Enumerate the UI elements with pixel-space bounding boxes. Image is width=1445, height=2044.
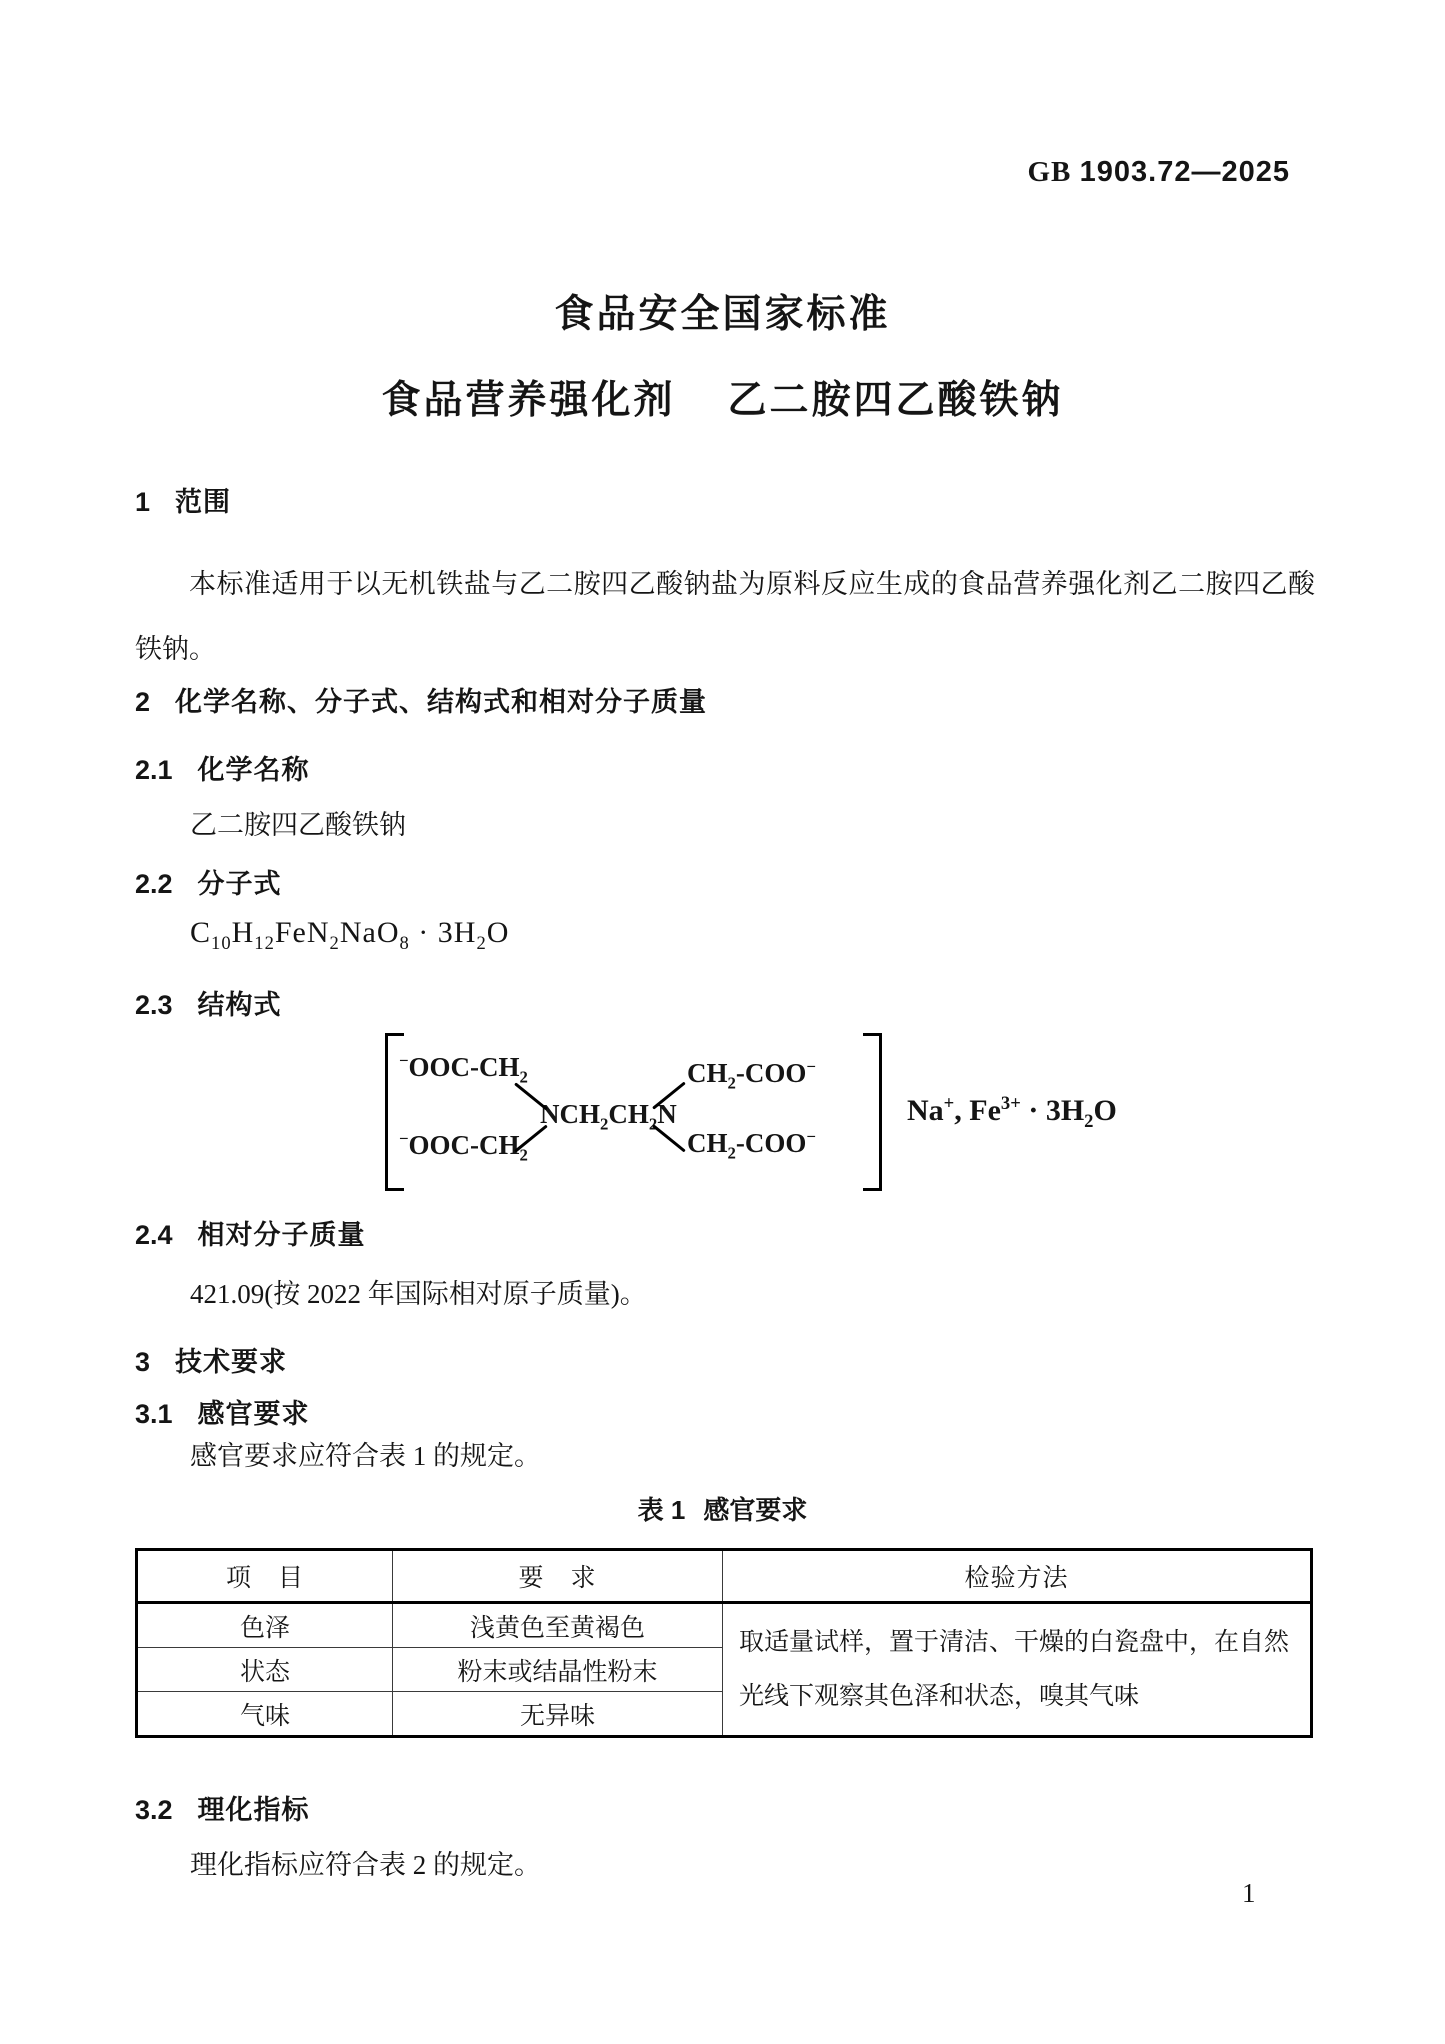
table-header-method: 检验方法	[723, 1550, 1312, 1603]
standard-title-line2-part1: 食品营养强化剂	[381, 369, 675, 425]
bond-line-top-left	[514, 1082, 548, 1110]
page-number: 1	[1242, 1878, 1256, 1909]
section-2-title: 化学名称、分子式、结构式和相对分子质量	[175, 687, 707, 717]
section-2-4-number: 2.4	[135, 1220, 173, 1251]
section-3-1-title: 感官要求	[198, 1399, 310, 1429]
standard-title-line2-part2: 乙二胺四乙酸铁钠	[728, 369, 1064, 425]
doc-number-value: 1903.72—2025	[1080, 156, 1290, 188]
table-row: 色泽 浅黄色至黄褐色 取适量试样，置于清洁、干燥的白瓷盘中，在自然光线下观察其色…	[137, 1603, 1312, 1648]
doc-number-prefix: GB	[1028, 156, 1072, 188]
table-cell-requirement: 浅黄色至黄褐色	[393, 1603, 723, 1648]
structure-fragment-bottom-right: CH2-COO−	[687, 1127, 816, 1163]
section-3-2-heading: 3.2理化指标	[135, 1788, 310, 1827]
chemical-name: 乙二胺四乙酸铁钠	[190, 803, 406, 842]
doc-number: GB 1903.72—2025	[1028, 156, 1291, 189]
section-2-2-heading: 2.2分子式	[135, 862, 282, 901]
section-2-3-heading: 2.3结构式	[135, 983, 282, 1022]
section-1-paragraph: 本标准适用于以无机铁盐与乙二胺四乙酸钠盐为原料反应生成的食品营养强化剂乙二胺四乙…	[135, 552, 1315, 682]
section-2-4-heading: 2.4相对分子质量	[135, 1213, 366, 1252]
sensory-requirement-note: 感官要求应符合表 1 的规定。	[190, 1434, 541, 1473]
section-2-heading: 2化学名称、分子式、结构式和相对分子质量	[135, 680, 707, 719]
section-3-2-number: 3.2	[135, 1795, 173, 1826]
table-cell-item: 气味	[137, 1692, 393, 1737]
table-header-item: 项 目	[137, 1550, 393, 1603]
section-2-3-number: 2.3	[135, 990, 173, 1021]
section-3-2-title: 理化指标	[198, 1795, 310, 1825]
section-2-1-number: 2.1	[135, 755, 173, 786]
section-2-2-number: 2.2	[135, 869, 173, 900]
section-2-3-title: 结构式	[198, 990, 282, 1020]
right-bracket	[863, 1033, 882, 1191]
table-cell-requirement: 粉末或结晶性粉末	[393, 1648, 723, 1692]
document-page: { "header": { "doc_prefix": "GB", "doc_n…	[0, 0, 1445, 2044]
table-cell-item: 色泽	[137, 1603, 393, 1648]
physicochemical-note: 理化指标应符合表 2 的规定。	[190, 1843, 541, 1882]
table-1-caption-label: 表 1	[638, 1495, 686, 1525]
section-3-number: 3	[135, 1347, 150, 1378]
section-3-heading: 3技术要求	[135, 1340, 287, 1379]
structural-formula-diagram: −OOC-CH2 −OOC-CH2 NCH2CH2N CH2-COO− CH2-…	[385, 1033, 1125, 1193]
molecular-formula: C10H12FeN2NaO8 · 3H2O	[190, 916, 509, 955]
section-3-1-heading: 3.1感官要求	[135, 1392, 310, 1431]
table-header-requirement: 要 求	[393, 1550, 723, 1603]
table-1-caption: 表 1感官要求	[0, 1490, 1445, 1527]
table-header-row: 项 目 要 求 检验方法	[137, 1550, 1312, 1603]
structure-fragment-bottom-left: −OOC-CH2	[399, 1129, 528, 1165]
section-1-heading: 1范围	[135, 480, 231, 519]
section-3-1-number: 3.1	[135, 1399, 173, 1430]
section-1-number: 1	[135, 487, 150, 518]
table-cell-item: 状态	[137, 1648, 393, 1692]
counter-ions-label: Na+, Fe3+ · 3H2O	[907, 1093, 1117, 1133]
section-2-number: 2	[135, 687, 150, 718]
standard-title-line2: 食品营养强化剂 乙二胺四乙酸铁钠	[0, 369, 1445, 425]
section-2-2-title: 分子式	[198, 869, 282, 899]
standard-title-line1: 食品安全国家标准	[0, 283, 1445, 339]
sensory-requirements-table: 项 目 要 求 检验方法 色泽 浅黄色至黄褐色 取适量试样，置于清洁、干燥的白瓷…	[135, 1548, 1313, 1738]
section-2-1-title: 化学名称	[198, 755, 310, 785]
table-cell-requirement: 无异味	[393, 1692, 723, 1737]
section-2-4-title: 相对分子质量	[198, 1220, 366, 1250]
table-1-caption-title: 感官要求	[703, 1495, 807, 1525]
structure-fragment-top-left: −OOC-CH2	[399, 1051, 528, 1087]
structure-fragment-top-right: CH2-COO−	[687, 1057, 816, 1093]
section-1-title: 范围	[175, 487, 231, 517]
molecular-mass-value: 421.09(按 2022 年国际相对原子质量)。	[190, 1272, 647, 1311]
section-3-title: 技术要求	[175, 1347, 287, 1377]
table-cell-method: 取适量试样，置于清洁、干燥的白瓷盘中，在自然光线下观察其色泽和状态，嗅其气味	[723, 1603, 1312, 1737]
section-2-1-heading: 2.1化学名称	[135, 748, 310, 787]
